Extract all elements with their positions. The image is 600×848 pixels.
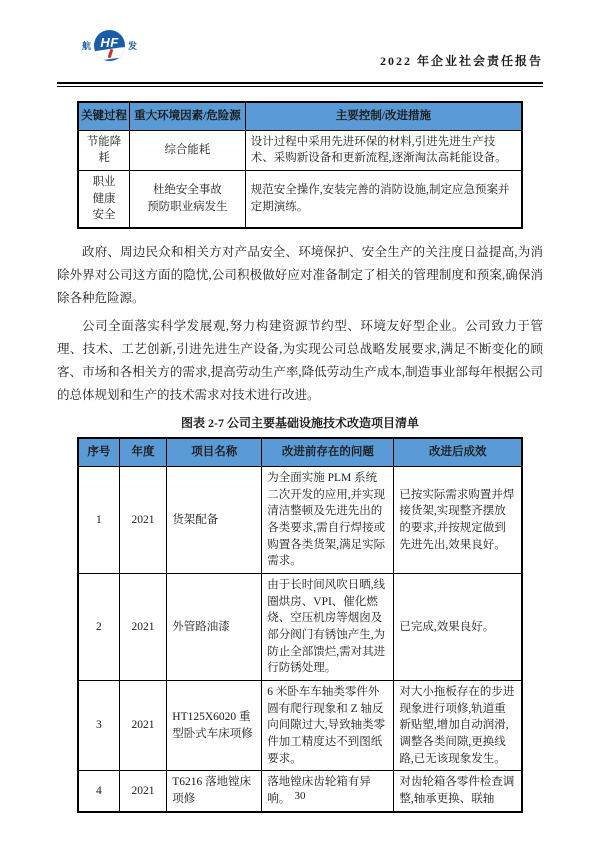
paragraph: 公司全面落实科学发展观,努力构建资源节约型、环境友好型企业。公司致力于管理、技术… (57, 315, 543, 406)
project-effect: 对大小拖板存在的步进现象进行项修,轨道重新贴塑,增加自动润滑,调整各类间隙,更换… (394, 681, 522, 771)
project-name: HT125X6020 重型卧式车床项修 (167, 681, 262, 771)
projects-table-header-row: 序号 年度 项目名称 改进前存在的问题 改进后成效 (78, 438, 522, 466)
projects-table-section: 序号 年度 项目名称 改进前存在的问题 改进后成效 1 2021 货架配备 为全… (57, 437, 543, 812)
project-name: 外管路油漆 (167, 573, 262, 680)
projects-header-seq: 序号 (78, 438, 119, 466)
risk-cell-process: 节能降耗 (78, 130, 130, 170)
page-number: 30 (0, 790, 600, 802)
risk-cell-process: 职业 健康 安全 (78, 171, 130, 229)
table-row: 2 2021 外管路油漆 由于长时间风吹日晒,线圈烘房、VPI、催化燃烧、空压机… (78, 573, 522, 680)
projects-table-caption: 图表 2-7 公司主要基础设施技术改造项目清单 (0, 414, 600, 431)
risk-table-header-row: 关键过程 重大环境因素/危险源 主要控制/改进措施 (78, 102, 522, 130)
body-text-section: 政府、周边民众和相关方对产品安全、环境保护、安全生产的关注度日益提高,为消除外界… (57, 241, 543, 406)
project-name: 货架配备 (167, 466, 262, 573)
logo-left-char: 航 (82, 39, 91, 52)
table-row: 3 2021 HT125X6020 重型卧式车床项修 6 米卧车车轴类零件外圆有… (78, 681, 522, 771)
risk-header-measures: 主要控制/改进措施 (245, 102, 522, 130)
risk-cell-factor: 杜绝安全事故 预防职业病发生 (130, 171, 246, 229)
table-row: 节能降耗 综合能耗 设计过程中采用先进环保的材料,引进先进生产技术、采购新设备和… (78, 130, 522, 170)
project-problem: 6 米卧车车轴类零件外圆有爬行现象和 Z 轴反向间隙过大,导致轴类零件加工精度达… (262, 681, 394, 771)
paragraph: 政府、周边民众和相关方对产品安全、环境保护、安全生产的关注度日益提高,为消除外界… (57, 241, 543, 309)
logo-monogram: HF (100, 35, 118, 50)
projects-table: 序号 年度 项目名称 改进前存在的问题 改进后成效 1 2021 货架配备 为全… (77, 437, 523, 812)
risk-header-process: 关键过程 (78, 102, 130, 130)
projects-header-name: 项目名称 (167, 438, 262, 466)
risk-cell-measures: 设计过程中采用先进环保的材料,引进先进生产技术、采购新设备和更新流程,逐渐淘汰高… (245, 130, 522, 170)
report-page: 航 HF ® 发 2022 年企业社会责任报告 关键过程 重大环境因素/危险源 … (0, 0, 600, 848)
risk-table-section: 关键过程 重大环境因素/危险源 主要控制/改进措施 节能降耗 综合能耗 设计过程… (57, 101, 543, 229)
project-seq: 2 (78, 573, 119, 680)
header-divider-rule (57, 82, 543, 87)
table-row: 1 2021 货架配备 为全面实施 PLM 系统二次开发的应用,并实现清洁整顿及… (78, 466, 522, 573)
project-problem: 由于长时间风吹日晒,线圈烘房、VPI、催化燃烧、空压机房等烟囱及部分阀门有锈蚀产… (262, 573, 394, 680)
risk-cell-measures: 规范安全操作,安装完善的消防设施,制定应急预案并定期演练。 (245, 171, 522, 229)
project-year: 2021 (119, 681, 166, 771)
project-year: 2021 (119, 466, 166, 573)
logo-right-char: 发 (128, 39, 137, 52)
project-problem: 为全面实施 PLM 系统二次开发的应用,并实现清洁整顿及先进先出的各类要求,需自… (262, 466, 394, 573)
projects-header-effect: 改进后成效 (394, 438, 522, 466)
table-row: 职业 健康 安全 杜绝安全事故 预防职业病发生 规范安全操作,安装完善的消防设施… (78, 171, 522, 229)
company-logo: 航 HF ® 发 (82, 30, 137, 61)
project-effect: 已按实际需求购置并焊接货架,实现整齐摆放的要求,并按规定做到先进先出,效果良好。 (394, 466, 522, 573)
risk-cell-factor: 综合能耗 (130, 130, 246, 170)
risk-table: 关键过程 重大环境因素/危险源 主要控制/改进措施 节能降耗 综合能耗 设计过程… (77, 101, 523, 229)
project-year: 2021 (119, 573, 166, 680)
page-header: 航 HF ® 发 2022 年企业社会责任报告 (57, 0, 543, 88)
projects-header-problem: 改进前存在的问题 (262, 438, 394, 466)
project-effect: 已完成,效果良好。 (394, 573, 522, 680)
logo-hf-emblem-icon: HF ® (94, 30, 125, 61)
project-seq: 1 (78, 466, 119, 573)
project-seq: 3 (78, 681, 119, 771)
projects-header-year: 年度 (119, 438, 166, 466)
report-title: 2022 年企业社会责任报告 (380, 52, 543, 69)
risk-header-factor: 重大环境因素/危险源 (130, 102, 246, 130)
